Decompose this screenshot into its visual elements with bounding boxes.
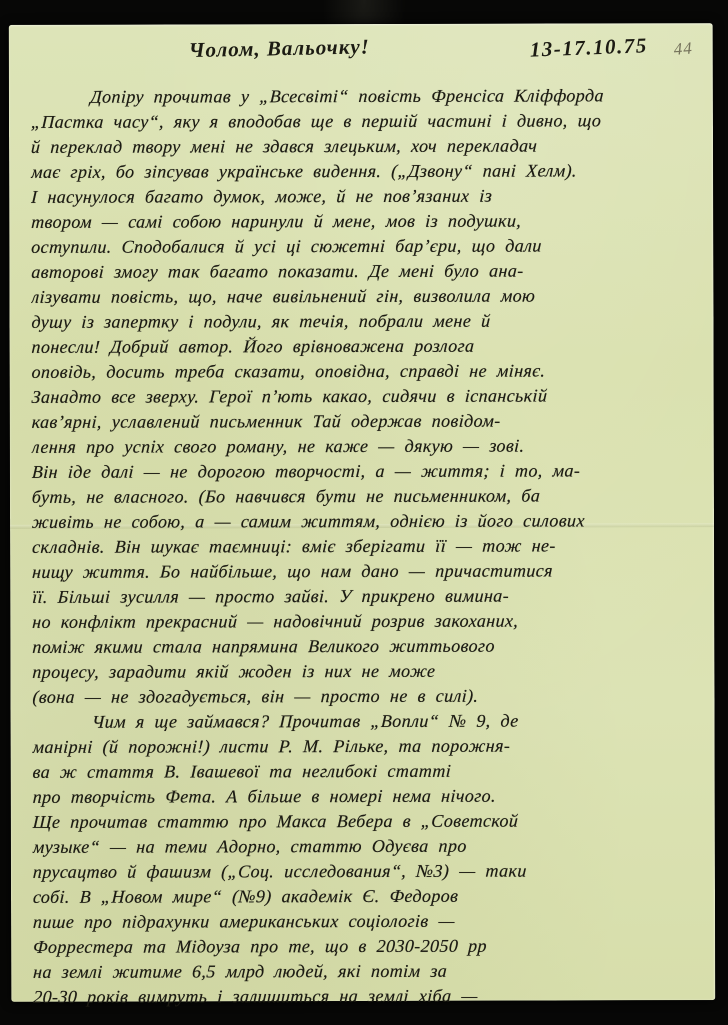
letter-line: має гріх, бо зіпсував українське видення… [30, 158, 697, 185]
letter-line: понесли! Добрий автор. Його врівноважена… [31, 333, 698, 360]
scan-frame: Чолом, Вальочку! 13-17.10.75 44 Допіру п… [0, 0, 728, 1025]
letter-line: буть, не власного. (Бо навчився бути не … [31, 483, 698, 510]
letter-headline: Чолом, Вальочку! 13-17.10.75 44 [31, 35, 697, 77]
letter-line: нищу життя. Бо найбільше, що нам дано — … [32, 558, 699, 585]
letter-line: й переклад твору мені не здався злецьким… [30, 133, 697, 160]
letter-line: „Пастка часу“, яку я вподобав ще в перші… [30, 108, 697, 135]
letter-line: процесу, зарадити якій жоден із них не м… [32, 658, 699, 685]
letter-line: І насунулося багато думок, може, й не по… [31, 183, 698, 210]
letter-line: но конфлікт прекрасний — надовічний розр… [32, 608, 699, 635]
letter-line: оповідь, досить треба сказати, оповідна,… [31, 358, 698, 385]
letter-line: 20-30 років вимруть і залишиться на земл… [33, 983, 700, 1010]
letter-line: кав’ярні, уславлений письменник Тай одер… [31, 408, 698, 435]
letter-line: Занадто все зверху. Герої п’ють какао, с… [31, 383, 698, 410]
letter-body: Допіру прочитав у „Всесвіті“ повість Фре… [31, 83, 699, 1010]
letter-line: оступили. Сподобалися й усі ці сюжетні б… [31, 233, 698, 260]
letter-line: (вона — не здогадується, він — просто не… [32, 683, 699, 710]
letter-line: Форрестера та Мідоуза про те, що в 2030-… [33, 933, 700, 960]
letter-line: Допіру прочитав у „Всесвіті“ повість Фре… [30, 83, 697, 110]
letter-line: прусацтво й фашизм („Соц. исследования“,… [32, 858, 699, 885]
letter-date: 13-17.10.75 [529, 33, 648, 62]
letter-line: Чим я ще займався? Прочитав „Вопли“ № 9,… [32, 708, 699, 735]
letter-line: її. Більші зусилля — просто зайві. У при… [32, 583, 699, 610]
letter-line: авторові змогу так багато показати. Де м… [31, 258, 698, 285]
letter-line: душу із запертку і подули, як течія, поб… [31, 308, 698, 335]
letter-line: музыке“ — на теми Адорно, статтю Одуєва … [32, 833, 699, 860]
letter-line: лізувати повість, що, наче вивільнений г… [31, 283, 698, 310]
letter-line: поміж якими стала напрямина Великого жит… [32, 633, 699, 660]
page-number: 44 [673, 38, 693, 59]
letter-line: твором — самі собою наринули й мене, мов… [31, 208, 698, 235]
letter-line: собі. В „Новом мире“ (№9) академік Є. Фе… [32, 883, 699, 910]
letter-line: на землі житиме 6,5 млрд людей, які поті… [33, 958, 700, 985]
letter-content: Чолом, Вальочку! 13-17.10.75 44 Допіру п… [31, 31, 700, 994]
letter-line: Він іде далі — не дорогою творчості, а —… [31, 458, 698, 485]
letter-line: складнів. Він шукає таємниці: вміє збері… [31, 533, 698, 560]
letter-line: про творчість Фета. А більше в номері не… [32, 783, 699, 810]
letter-line: пише про підрахунки американських соціол… [32, 908, 699, 935]
letter-paper: Чолом, Вальочку! 13-17.10.75 44 Допіру п… [9, 23, 716, 1002]
letter-line: лення про успіх свого роману, не каже — … [31, 433, 698, 460]
letter-line: живіть не собою, а — самим життям, одніє… [31, 508, 698, 535]
salutation: Чолом, Вальочку! [189, 34, 371, 63]
letter-line: Ще прочитав статтю про Макса Вебера в „С… [32, 808, 699, 835]
letter-line: ва ж стаття В. Івашевої та неглибокі ста… [32, 758, 699, 785]
letter-line: манірні (й порожні!) листи Р. М. Рільке,… [32, 733, 699, 760]
